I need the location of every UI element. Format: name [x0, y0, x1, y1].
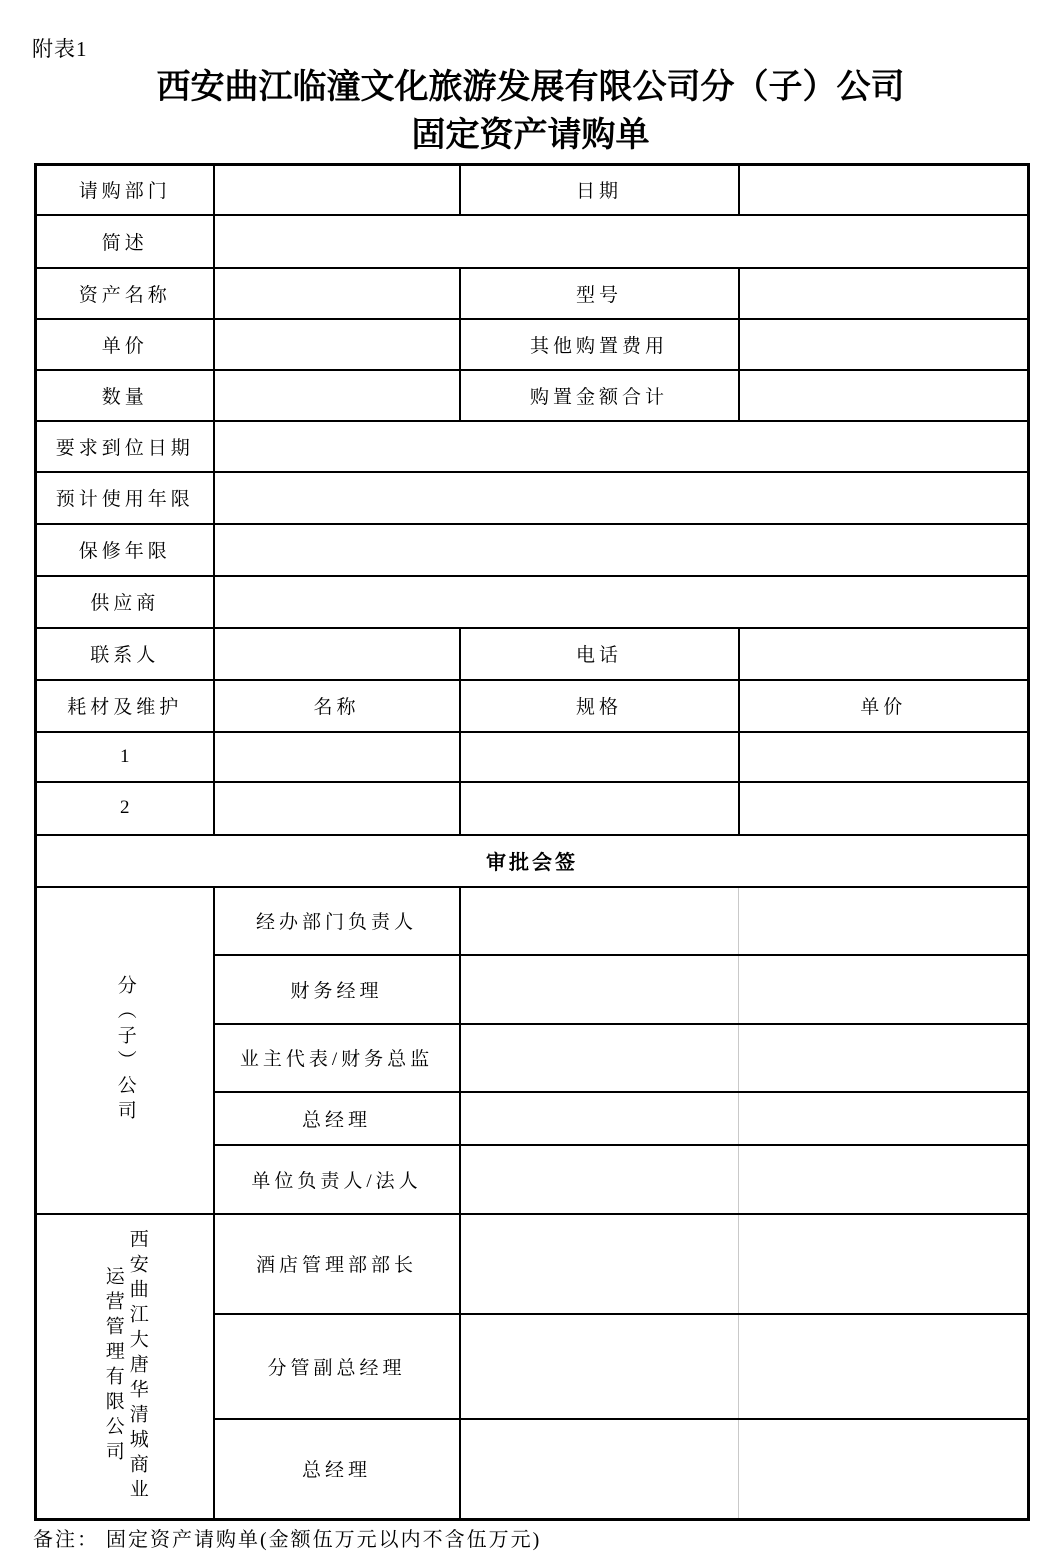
- signature-finance-manager[interactable]: [460, 955, 1029, 1024]
- label-date: 日期: [460, 165, 739, 215]
- field-consumable-2-unit-price[interactable]: [739, 782, 1029, 835]
- label-model: 型号: [460, 268, 739, 319]
- field-asset-name[interactable]: [214, 268, 460, 319]
- label-consumable-unit-price: 单价: [739, 680, 1029, 732]
- purchase-request-table: 请购部门 日期 简述 资产名称 型号 单价 其他购置费用 数量 购置金额合计: [34, 163, 1030, 1521]
- title-form-name: 固定资产请购单: [0, 112, 1061, 160]
- label-operating-general-manager: 总经理: [214, 1419, 460, 1520]
- group-branch-subsidiary-company: 分（子）公司: [36, 887, 214, 1214]
- field-total-purchase-amount[interactable]: [739, 370, 1029, 421]
- row-consumable-2: 2: [36, 782, 1029, 835]
- label-finance-manager: 财务经理: [214, 955, 460, 1024]
- row-approval-header: 审批会签: [36, 835, 1029, 887]
- document-page: 附表1 西安曲江临潼文化旅游发展有限公司分（子）公司 固定资产请购单 请购部门 …: [0, 0, 1061, 1567]
- field-supplier[interactable]: [214, 576, 1029, 628]
- label-phone: 电话: [460, 628, 739, 680]
- label-other-purchase-costs: 其他购置费用: [460, 319, 739, 370]
- label-warranty-period: 保修年限: [36, 524, 214, 576]
- label-request-department: 请购部门: [36, 165, 214, 215]
- field-consumable-1-spec[interactable]: [460, 732, 739, 782]
- label-owner-rep-finance-director: 业主代表/财务总监: [214, 1024, 460, 1092]
- consumable-1-index: 1: [36, 732, 214, 782]
- signature-deputy-general-manager[interactable]: [460, 1314, 1029, 1419]
- field-expected-service-life[interactable]: [214, 472, 1029, 524]
- row-warranty-period: 保修年限: [36, 524, 1029, 576]
- field-unit-price[interactable]: [214, 319, 460, 370]
- field-date[interactable]: [739, 165, 1029, 215]
- field-quantity[interactable]: [214, 370, 460, 421]
- row-supplier: 供应商: [36, 576, 1029, 628]
- label-contact-person: 联系人: [36, 628, 214, 680]
- row-required-arrival-date: 要求到位日期: [36, 421, 1029, 472]
- label-brief-description: 简述: [36, 215, 214, 268]
- field-brief-description[interactable]: [214, 215, 1029, 268]
- label-unit-price: 单价: [36, 319, 214, 370]
- row-expected-service-life: 预计使用年限: [36, 472, 1029, 524]
- field-consumable-1-name[interactable]: [214, 732, 460, 782]
- field-model[interactable]: [739, 268, 1029, 319]
- label-handling-dept-head: 经办部门负责人: [214, 887, 460, 955]
- group-branch-subsidiary-company-label: 分（子）公司: [113, 890, 137, 1210]
- label-total-purchase-amount: 购置金额合计: [460, 370, 739, 421]
- attachment-label: 附表1: [32, 33, 88, 63]
- label-asset-name: 资产名称: [36, 268, 214, 319]
- row-consumable-1: 1: [36, 732, 1029, 782]
- group-operating-company-label-line1: 西安曲江大唐华清城商业: [125, 1217, 149, 1515]
- row-asset-name: 资产名称 型号: [36, 268, 1029, 319]
- field-consumable-2-name[interactable]: [214, 782, 460, 835]
- label-expected-service-life: 预计使用年限: [36, 472, 214, 524]
- title-company-line: 西安曲江临潼文化旅游发展有限公司分（子）公司: [0, 64, 1061, 112]
- label-consumable-spec: 规格: [460, 680, 739, 732]
- row-consumables-header: 耗材及维护 名称 规格 单价: [36, 680, 1029, 732]
- field-warranty-period[interactable]: [214, 524, 1029, 576]
- signature-handling-dept-head[interactable]: [460, 887, 1029, 955]
- label-consumables-maintenance: 耗材及维护: [36, 680, 214, 732]
- group-operating-company: 西安曲江大唐华清城商业 运营管理有限公司: [36, 1214, 214, 1520]
- field-consumable-2-spec[interactable]: [460, 782, 739, 835]
- signature-unit-head-legal-person[interactable]: [460, 1145, 1029, 1214]
- footnote: 备注： 固定资产请购单(金额伍万元以内不含伍万元): [33, 1523, 541, 1552]
- signature-branch-general-manager[interactable]: [460, 1092, 1029, 1145]
- field-other-purchase-costs[interactable]: [739, 319, 1029, 370]
- label-unit-head-legal-person: 单位负责人/法人: [214, 1145, 460, 1214]
- field-request-department[interactable]: [214, 165, 460, 215]
- label-deputy-general-manager: 分管副总经理: [214, 1314, 460, 1419]
- field-required-arrival-date[interactable]: [214, 421, 1029, 472]
- row-handling-dept-head: 分（子）公司 经办部门负责人: [36, 887, 1029, 955]
- label-supplier: 供应商: [36, 576, 214, 628]
- document-title: 西安曲江临潼文化旅游发展有限公司分（子）公司 固定资产请购单: [0, 64, 1061, 160]
- signature-owner-rep-finance-director[interactable]: [460, 1024, 1029, 1092]
- row-contact-person: 联系人 电话: [36, 628, 1029, 680]
- row-brief-description: 简述: [36, 215, 1029, 268]
- label-required-arrival-date: 要求到位日期: [36, 421, 214, 472]
- group-operating-company-label: 西安曲江大唐华清城商业 运营管理有限公司: [101, 1217, 149, 1515]
- row-request-department: 请购部门 日期: [36, 165, 1029, 215]
- label-branch-general-manager: 总经理: [214, 1092, 460, 1145]
- field-consumable-1-unit-price[interactable]: [739, 732, 1029, 782]
- row-unit-price: 单价 其他购置费用: [36, 319, 1029, 370]
- field-contact-person[interactable]: [214, 628, 460, 680]
- consumable-2-index: 2: [36, 782, 214, 835]
- label-hotel-management-dept-director: 酒店管理部部长: [214, 1214, 460, 1314]
- signature-hotel-management-dept-director[interactable]: [460, 1214, 1029, 1314]
- row-hotel-management-dept-director: 西安曲江大唐华清城商业 运营管理有限公司 酒店管理部部长: [36, 1214, 1029, 1314]
- row-quantity: 数量 购置金额合计: [36, 370, 1029, 421]
- signature-operating-general-manager[interactable]: [460, 1419, 1029, 1520]
- group-operating-company-label-line2: 运营管理有限公司: [101, 1217, 125, 1515]
- label-quantity: 数量: [36, 370, 214, 421]
- approval-section-header: 审批会签: [36, 835, 1029, 887]
- label-consumable-name: 名称: [214, 680, 460, 732]
- field-phone[interactable]: [739, 628, 1029, 680]
